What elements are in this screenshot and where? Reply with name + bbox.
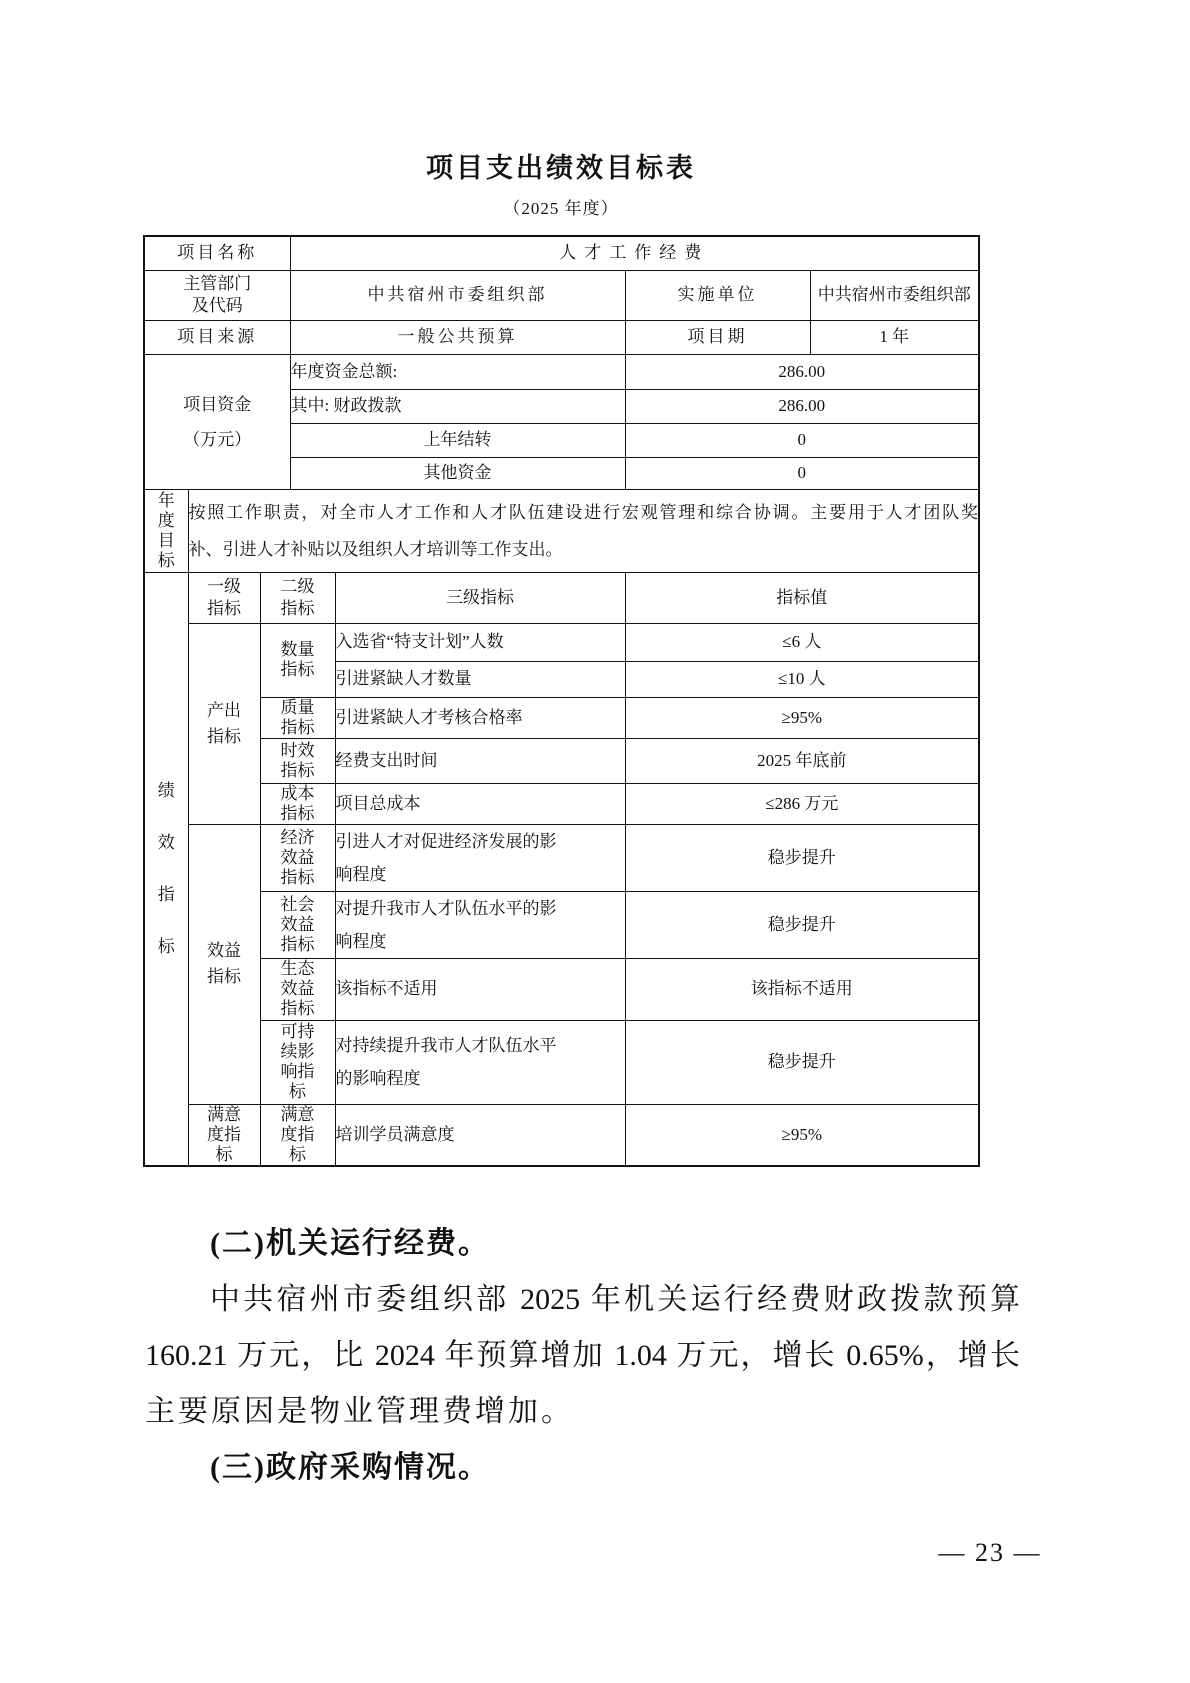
cell-benefit-label: 效益 指标	[188, 824, 260, 1104]
row-benefit-4: 可持 续影 响指 标 对持续提升我市人才队伍水平 的影响程度 稳步提升	[144, 1020, 979, 1104]
row-department: 主管部门 及代码 中共宿州市委组织部 实施单位 中共宿州市委组织部	[144, 270, 979, 320]
cell-indicator-value: 稳步提升	[625, 1020, 979, 1104]
cell-indicator-value: ≤286 万元	[625, 783, 979, 824]
body-text-section: (二)机关运行经费。 中共宿州市委组织部 2025 年机关运行经费财政拨款预算 …	[145, 1216, 1020, 1496]
performance-table-section: 项目支出绩效目标表 （2025 年度） 项目名称 人才工作经费 主管部门 及代码…	[143, 153, 979, 1167]
cell-header-level1: 一级 指标	[188, 572, 260, 623]
cell-impl-value: 中共宿州市委组织部	[810, 270, 979, 320]
document-page: 项目支出绩效目标表 （2025 年度） 项目名称 人才工作经费 主管部门 及代码…	[0, 0, 1190, 1683]
year-goal-line-2: 补、引进人才补贴以及组织人才培训等工作支出。	[189, 531, 979, 568]
cell-indicator-name: 对持续提升我市人才队伍水平 的影响程度	[335, 1020, 625, 1104]
page-number: — 23 —	[925, 1538, 1055, 1568]
row-output-3: 质量 指标 引进紧缺人才考核合格率 ≥95%	[144, 697, 979, 738]
cell-eco-label: 生态 效益 指标	[260, 958, 335, 1020]
performance-target-table: 项目名称 人才工作经费 主管部门 及代码 中共宿州市委组织部 实施单位 中共宿州…	[143, 235, 980, 1167]
row-output-4: 时效 指标 经费支出时间 2025 年底前	[144, 738, 979, 783]
cell-fund-carryover-label: 上年结转	[290, 423, 625, 457]
cell-indicator-value: ≤10 人	[625, 661, 979, 697]
cell-dept-label: 主管部门 及代码	[144, 270, 290, 320]
cell-period-value: 1 年	[810, 320, 979, 354]
row-project-name: 项目名称 人才工作经费	[144, 236, 979, 270]
cell-indicator-value: ≥95%	[625, 697, 979, 738]
cell-satisfaction-l1-label: 满意 度指 标	[188, 1104, 260, 1166]
cell-fund-other-label: 其他资金	[290, 457, 625, 489]
cell-time-label: 时效 指标	[260, 738, 335, 783]
cell-source-label: 项目来源	[144, 320, 290, 354]
paragraph-line-3: 主要原因是物业管理费增加。	[145, 1384, 1020, 1440]
doc-subtitle: （2025 年度）	[143, 198, 979, 220]
cell-indicator-value: 该指标不适用	[625, 958, 979, 1020]
cell-perf-label: 绩 效 指 标	[144, 572, 188, 1166]
cell-indicator-value: 稳步提升	[625, 824, 979, 891]
cell-header-value: 指标值	[625, 572, 979, 623]
row-benefit-3: 生态 效益 指标 该指标不适用 该指标不适用	[144, 958, 979, 1020]
cell-indicator-name: 引进人才对促进经济发展的影 响程度	[335, 824, 625, 891]
cell-indicator-name: 该指标不适用	[335, 958, 625, 1020]
cell-period-label: 项目期	[625, 320, 810, 354]
cell-fund-total-label: 年度资金总额:	[290, 354, 625, 389]
paragraph-line-1: 中共宿州市委组织部 2025 年机关运行经费财政拨款预算	[145, 1272, 1020, 1328]
cell-indicator-value: ≥95%	[625, 1104, 979, 1166]
cell-year-goal-label: 年 度 目 标	[144, 489, 188, 572]
cell-economic-label: 经济 效益 指标	[260, 824, 335, 891]
cell-cost-label: 成本 指标	[260, 783, 335, 824]
cell-indicator-name: 经费支出时间	[335, 738, 625, 783]
cell-indicator-name: 引进紧缺人才考核合格率	[335, 697, 625, 738]
row-output-1: 产出 指标 数量 指标 入选省“特支计划”人数 ≤6 人	[144, 623, 979, 661]
cell-source-value: 一般公共预算	[290, 320, 625, 354]
row-benefit-2: 社会 效益 指标 对提升我市人才队伍水平的影 响程度 稳步提升	[144, 891, 979, 958]
cell-fund-gov-label: 其中: 财政拨款	[290, 389, 625, 423]
cell-indicator-value: ≤6 人	[625, 623, 979, 661]
cell-fund-other-value: 0	[625, 457, 979, 489]
cell-fund-gov-value: 286.00	[625, 389, 979, 423]
row-year-goal: 年 度 目 标 按照工作职责，对全市人才工作和人才队伍建设进行宏观管理和综合协调…	[144, 489, 979, 572]
cell-indicator-value: 2025 年底前	[625, 738, 979, 783]
cell-year-goal-text: 按照工作职责，对全市人才工作和人才队伍建设进行宏观管理和综合协调。主要用于人才团…	[188, 489, 979, 572]
row-source-period: 项目来源 一般公共预算 项目期 1 年	[144, 320, 979, 354]
cell-indicator-name: 引进紧缺人才数量	[335, 661, 625, 697]
cell-satisfaction-l2-label: 满意 度指 标	[260, 1104, 335, 1166]
row-satisfaction: 满意 度指 标 满意 度指 标 培训学员满意度 ≥95%	[144, 1104, 979, 1166]
row-fund-total: 项目资金 （万元） 年度资金总额: 286.00	[144, 354, 979, 389]
cell-indicator-name: 项目总成本	[335, 783, 625, 824]
row-benefit-1: 效益 指标 经济 效益 指标 引进人才对促进经济发展的影 响程度 稳步提升	[144, 824, 979, 891]
cell-fund-carryover-value: 0	[625, 423, 979, 457]
cell-project-name-value: 人才工作经费	[290, 236, 979, 270]
heading-section-2: (二)机关运行经费。	[145, 1216, 1020, 1272]
cell-header-level2: 二级 指标	[260, 572, 335, 623]
cell-project-name-label: 项目名称	[144, 236, 290, 270]
cell-quality-label: 质量 指标	[260, 697, 335, 738]
cell-output-label: 产出 指标	[188, 623, 260, 824]
row-output-5: 成本 指标 项目总成本 ≤286 万元	[144, 783, 979, 824]
paragraph-line-2: 160.21 万元，比 2024 年预算增加 1.04 万元，增长 0.65%，…	[145, 1328, 1020, 1384]
cell-indicator-name: 培训学员满意度	[335, 1104, 625, 1166]
row-indicator-header: 绩 效 指 标 一级 指标 二级 指标 三级指标 指标值	[144, 572, 979, 623]
cell-indicator-name: 入选省“特支计划”人数	[335, 623, 625, 661]
cell-indicator-value: 稳步提升	[625, 891, 979, 958]
cell-dept-value: 中共宿州市委组织部	[290, 270, 625, 320]
heading-section-3: (三)政府采购情况。	[145, 1440, 1020, 1496]
cell-impl-label: 实施单位	[625, 270, 810, 320]
cell-social-label: 社会 效益 指标	[260, 891, 335, 958]
cell-quantity-label: 数量 指标	[260, 623, 335, 697]
cell-fund-label: 项目资金 （万元）	[144, 354, 290, 489]
cell-sustain-label: 可持 续影 响指 标	[260, 1020, 335, 1104]
cell-header-level3: 三级指标	[335, 572, 625, 623]
year-goal-line-1: 按照工作职责，对全市人才工作和人才队伍建设进行宏观管理和综合协调。主要用于人才团…	[189, 494, 979, 531]
cell-indicator-name: 对提升我市人才队伍水平的影 响程度	[335, 891, 625, 958]
cell-fund-total-value: 286.00	[625, 354, 979, 389]
doc-title: 项目支出绩效目标表	[143, 153, 979, 183]
